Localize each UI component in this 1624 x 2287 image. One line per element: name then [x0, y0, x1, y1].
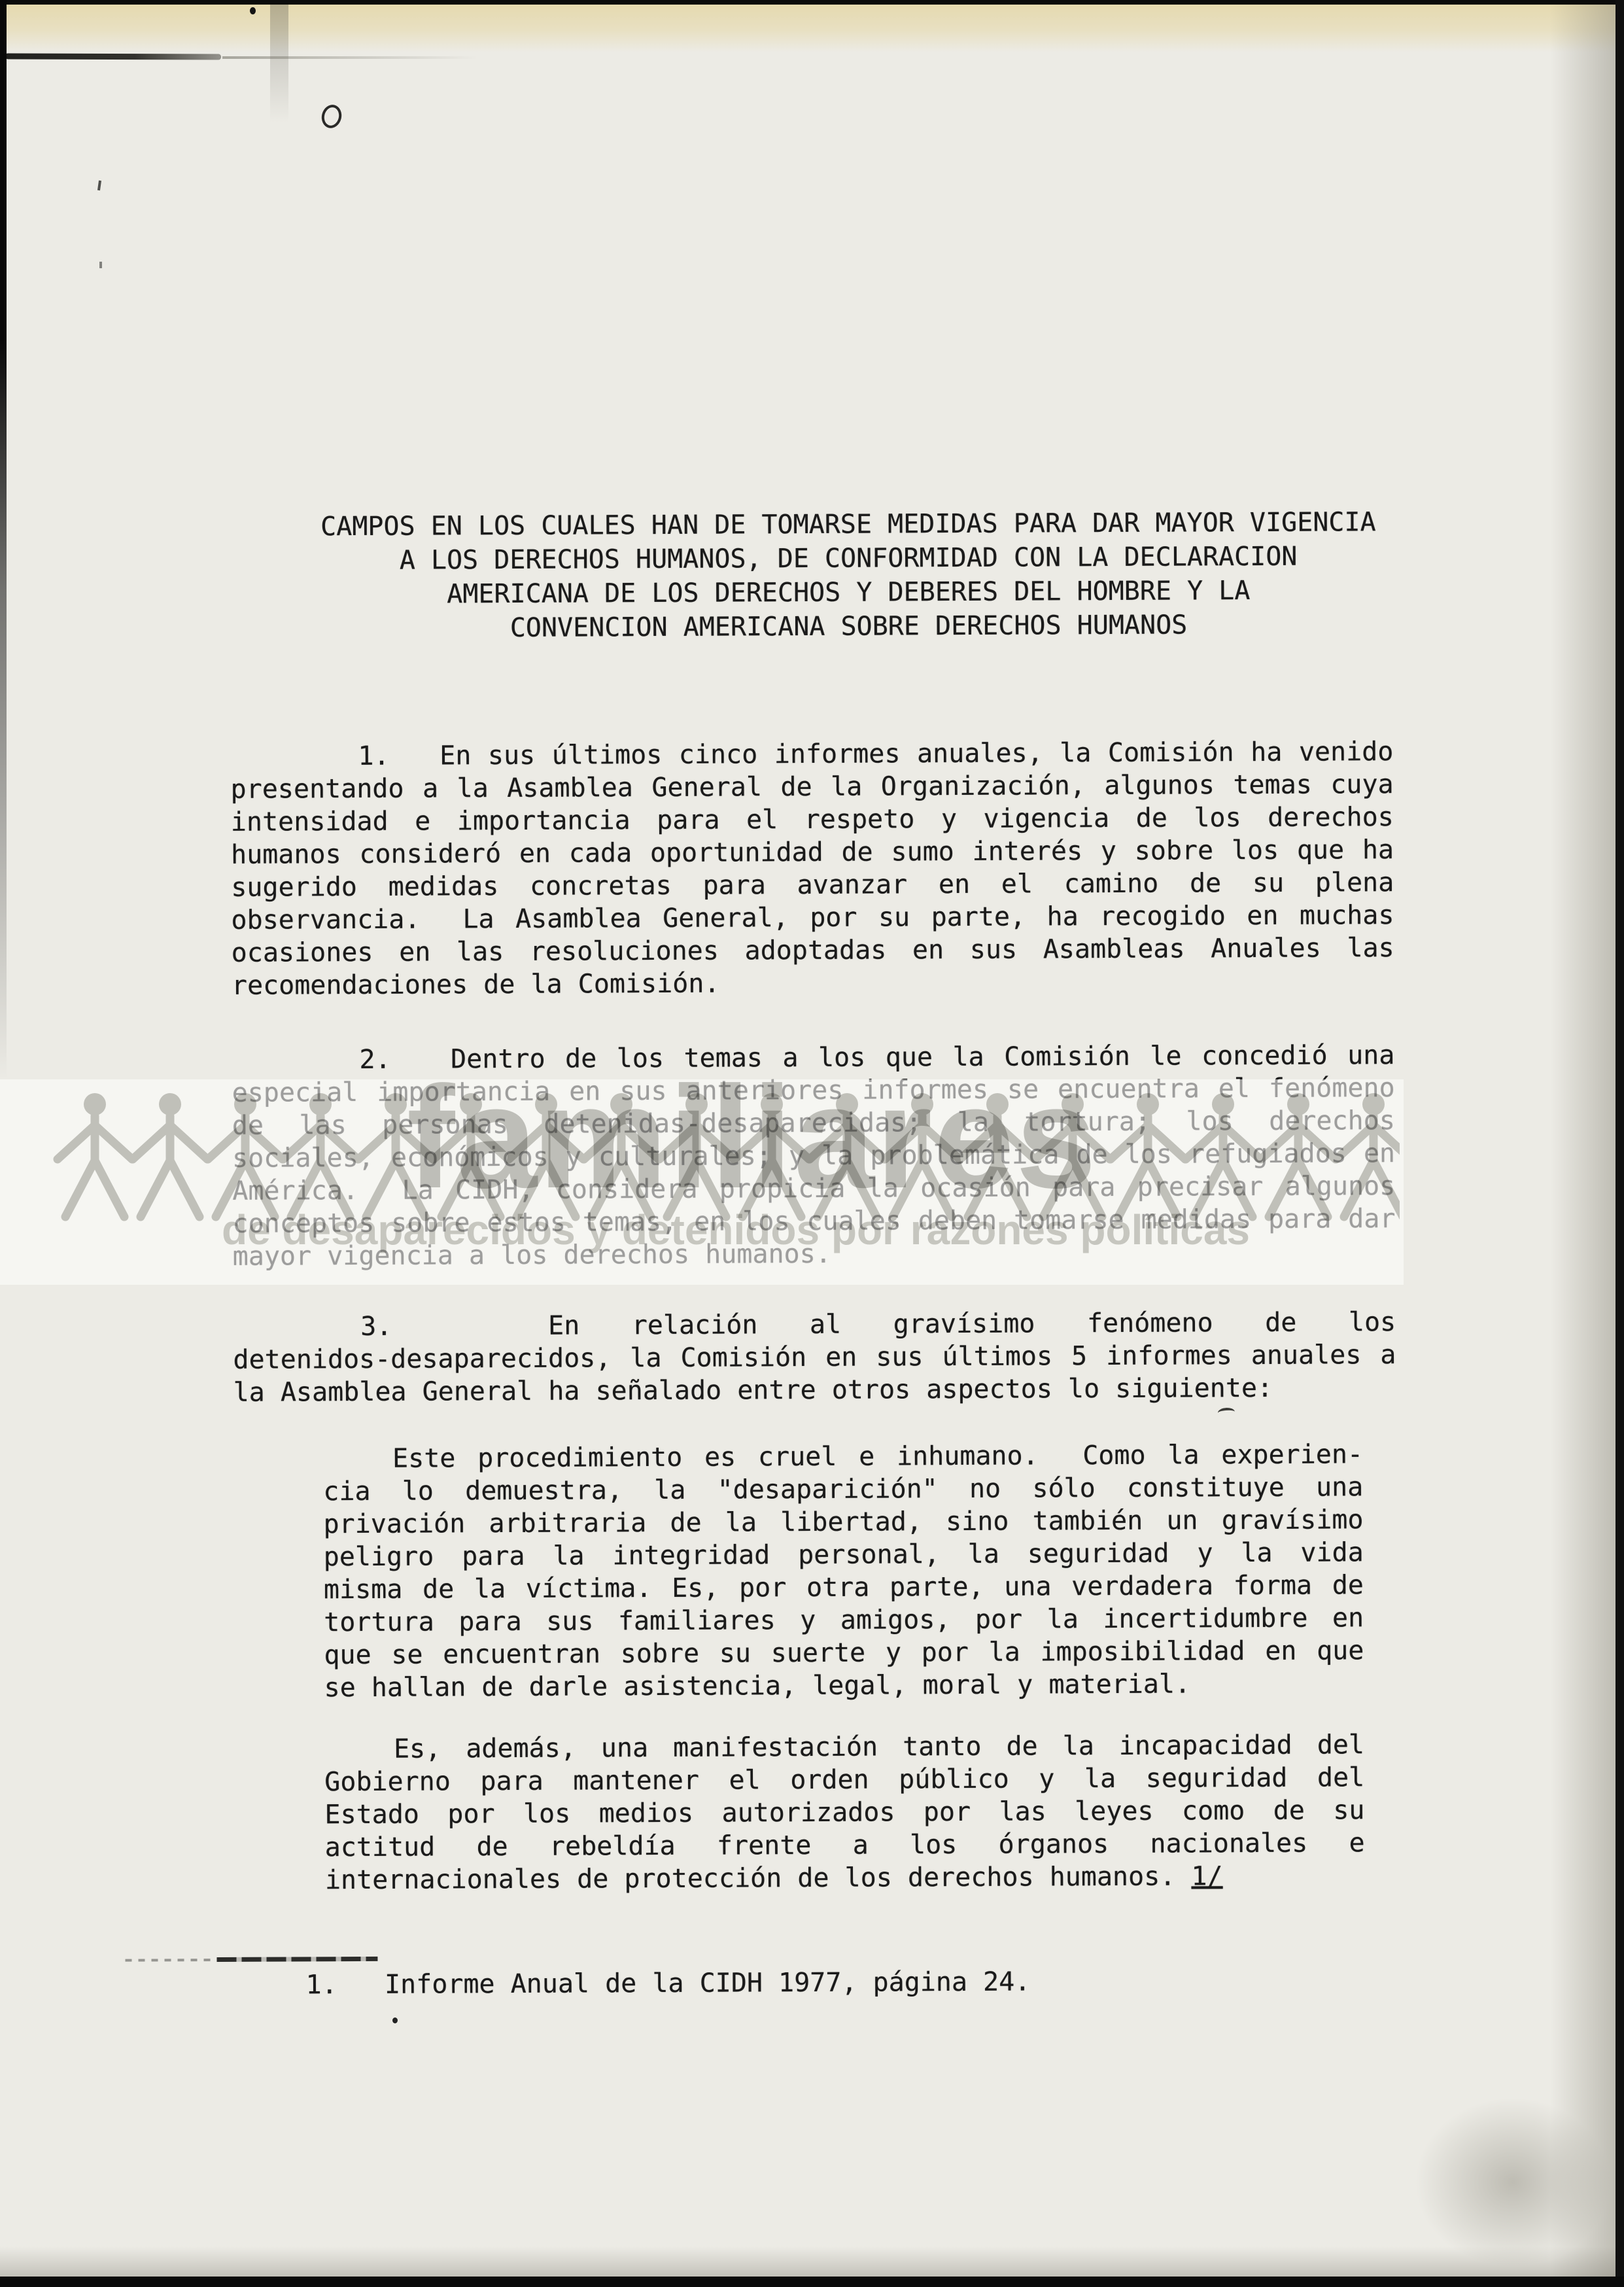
- text-line: peligro para la integridad personal, la …: [324, 1536, 1364, 1573]
- scan-edge-left: [0, 0, 7, 1112]
- scan-edge-right: [1615, 0, 1624, 2287]
- text-line: detenidos-desaparecidos, la Comisión en …: [233, 1338, 1396, 1376]
- text-line: CAMPOS EN LOS CUALES HAN DE TOMARSE MEDI…: [272, 505, 1425, 544]
- text-line: se hallan de darle asistencia, legal, mo…: [324, 1667, 1364, 1704]
- text-line: 1. Informe Anual de la CIDH 1977, página…: [305, 1964, 1221, 2001]
- text-line: América. La CIDH, considera propicia la …: [232, 1170, 1395, 1208]
- text-line: observancia. La Asamblea General, por su…: [231, 899, 1394, 937]
- paragraph-3: 3. En relación al gravísimo fenómeno de …: [233, 1306, 1396, 1409]
- paragraph-1: 1. En sus últimos cinco informes anuales…: [230, 735, 1394, 1002]
- text-line: Este procedimiento es cruel e inhumano. …: [323, 1438, 1363, 1475]
- text-line: ocasiones en las resoluciones adoptadas …: [232, 932, 1394, 969]
- text-line: privación arbitraria de la libertad, sin…: [323, 1503, 1363, 1541]
- text-line: intensidad e importancia para el respeto…: [231, 801, 1394, 839]
- bottom-shading: [0, 2246, 1624, 2277]
- text-line: la Asamblea General ha señalado entre ot…: [233, 1371, 1396, 1409]
- text-line: especial importancia en sus anteriores i…: [232, 1072, 1395, 1109]
- text-line: cia lo demuestra, la "desaparición" no s…: [323, 1471, 1363, 1508]
- text-line: tortura para sus familiares y amigos, po…: [324, 1601, 1364, 1639]
- text-line: Es, además, una manifestación tanto de l…: [324, 1728, 1364, 1766]
- text-line: sugerido medidas concretas para avanzar …: [231, 866, 1394, 904]
- right-shading: [1550, 0, 1615, 2287]
- text-line: mayor vigencia a los derechos humanos.: [233, 1235, 1396, 1273]
- text-line: internacionales de protección de los der…: [325, 1859, 1365, 1896]
- text-line: sociales, económicos y culturales; y la …: [232, 1137, 1395, 1175]
- text-line: 2. Dentro de los temas a los que la Comi…: [232, 1039, 1394, 1077]
- text-line: 1. En sus últimos cinco informes anuales…: [230, 735, 1393, 773]
- scan-edge-bottom: [0, 2277, 1624, 2287]
- footnote-reference: 1/: [1191, 1861, 1222, 1891]
- text-line: humanos consideró en cada oportunidad de…: [231, 833, 1394, 871]
- text-line: que se encuentran sobre su suerte y por …: [324, 1634, 1364, 1671]
- text-line: 3. En relación al gravísimo fenómeno de …: [233, 1306, 1396, 1344]
- text-line: recomendaciones de la Comisión.: [232, 964, 1394, 1002]
- scan-edge-top: [0, 0, 1624, 5]
- footnote: 1. Informe Anual de la CIDH 1977, página…: [305, 1964, 1221, 2001]
- text-line: de las personas detenidas-desaparecidas;…: [232, 1104, 1395, 1142]
- footnote-rule-faint: [125, 1959, 216, 1962]
- block-quote-2: Es, además, una manifestación tanto de l…: [324, 1728, 1365, 1896]
- scanned-document-page: CAMPOS EN LOS CUALES HAN DE TOMARSE MEDI…: [0, 0, 1624, 2287]
- text-line: Estado por los medios autorizados por la…: [324, 1794, 1364, 1831]
- typewritten-text-layer: CAMPOS EN LOS CUALES HAN DE TOMARSE MEDI…: [0, 0, 1624, 2287]
- paragraph-2: 2. Dentro de los temas a los que la Comi…: [232, 1039, 1396, 1273]
- text-line: conceptos sobre estos temas, en los cual…: [232, 1202, 1395, 1240]
- bottom-right-blotch: [1415, 2097, 1611, 2267]
- text-line: presentando a la Asamblea General de la …: [231, 768, 1394, 806]
- text-line: Gobierno para mantener el orden público …: [324, 1761, 1364, 1798]
- text-line: CONVENCION AMERICANA SOBRE DERECHOS HUMA…: [272, 607, 1425, 646]
- text-line: AMERICANA DE LOS DERECHOS Y DEBERES DEL …: [272, 573, 1425, 612]
- text-line: actitud de rebeldía frente a los órganos…: [325, 1826, 1365, 1864]
- document-title: CAMPOS EN LOS CUALES HAN DE TOMARSE MEDI…: [272, 505, 1425, 646]
- text-line: misma de la víctima. Es, por otra parte,…: [324, 1569, 1364, 1606]
- footnote-rule: [216, 1957, 377, 1962]
- text-line: A LOS DERECHOS HUMANOS, DE CONFORMIDAD C…: [272, 539, 1425, 578]
- block-quote-1: Este procedimiento es cruel e inhumano. …: [323, 1438, 1364, 1704]
